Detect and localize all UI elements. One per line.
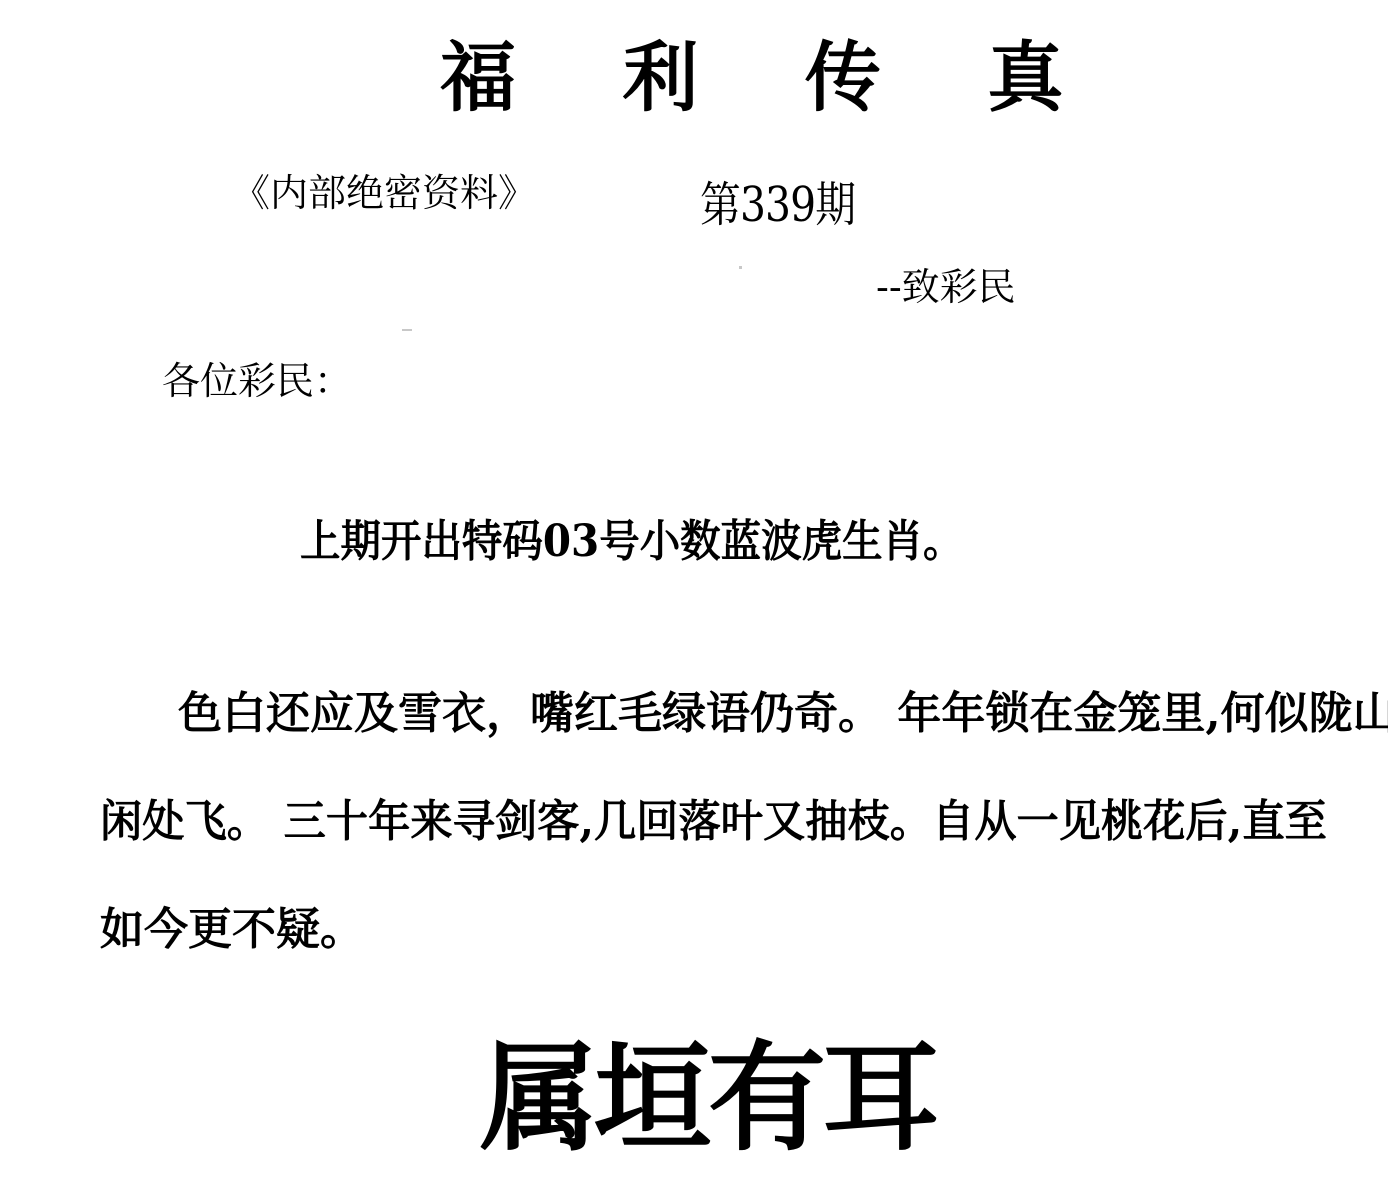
scan-speck [739,266,742,269]
issue-number: 第339期 [700,175,855,235]
addressee-line: --致彩民 [876,262,1016,312]
poem-block: 色白还应及雪衣，嘴红毛绿语仍奇。 年年锁在金笼里,何似陇山 闲处飞。 三十年来寻… [100,660,1388,984]
document-title: 福 利 传 真 [440,30,1103,126]
last-result-text: 上期开出特码03号小数蓝波虎生肖。 [300,512,964,572]
scan-speck [402,329,412,331]
poem-line-1: 色白还应及雪衣，嘴红毛绿语仍奇。 年年锁在金笼里,何似陇山 [100,660,1388,768]
greeting: 各位彩民： [162,356,352,406]
poem-line-2: 闲处飞。 三十年来寻剑客,几回落叶又抽枝。自从一见桃花后,直至 [100,768,1336,876]
footer-caption: 属垣有耳 [480,1028,936,1168]
poem-line-3: 如今更不疑。 [100,876,1388,984]
document-subtitle: 《内部绝密资料》 [232,168,536,218]
